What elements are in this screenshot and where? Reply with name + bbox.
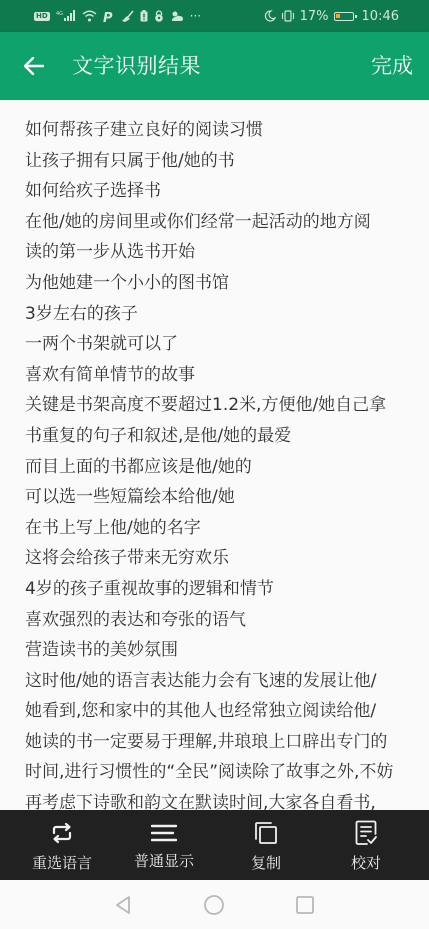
nav-back-button[interactable]: [112, 894, 134, 916]
ocr-result-area[interactable]: 如何帮孩子建立良好的阅读习惯 让孩子拥有只属于他/她的书 如何给疚子选择书 在他…: [0, 100, 429, 810]
text-line: 她看到,您和家中的其他人也经常独立阅读给他/: [25, 696, 410, 727]
copy-button[interactable]: 复制: [236, 810, 296, 880]
more-icon: ···: [190, 10, 201, 22]
text-line: 如何帮孩子建立良好的阅读习惯: [25, 115, 410, 146]
lines-icon: [151, 820, 177, 846]
text-line: 在书上写上他/她的名字: [25, 513, 410, 544]
bottom-toolbar: 重选语言 普通显示 复制: [0, 810, 429, 880]
proofread-icon: [353, 820, 379, 846]
text-line: 营造读书的美妙氛围: [25, 635, 410, 666]
repeat-icon: [49, 820, 75, 846]
recents-square-icon: [295, 895, 315, 915]
status-right-icons: 17% 10:46: [264, 0, 399, 32]
text-line: 在他/她的房间里或你们经常一起活动的地方阅: [25, 207, 410, 238]
4g-signal-icon: 4G: [56, 10, 76, 22]
parking-app-icon: P: [103, 10, 115, 23]
do-not-disturb-moon-icon: [264, 10, 276, 22]
battery-level: [336, 14, 340, 18]
home-circle-icon: [203, 894, 225, 916]
svg-text:4G: 4G: [56, 11, 63, 17]
hd-icon: HD: [34, 12, 50, 21]
text-line: 她读的书一定要易于理解,井琅琅上口辟出专门的: [25, 727, 410, 758]
arrow-left-icon: [24, 57, 44, 75]
lock-icon: [154, 10, 164, 22]
proofread-label: 校对: [351, 852, 381, 873]
text-line: 4岁的孩子重视故事的逻辑和情节: [25, 574, 410, 605]
page-title: 文字识别结果: [72, 32, 201, 100]
text-line: 为他她建一个小小的图书馆: [25, 268, 410, 299]
clock: 10:46: [362, 9, 399, 24]
text-line: 关键是书架高度不要超过1.2米,方便他/她自己拿: [25, 390, 410, 421]
text-line: 喜欢强烈的表达和夸张的语气: [25, 605, 410, 636]
nav-recents-button[interactable]: [294, 894, 316, 916]
text-line: 一两个书架就可以了: [25, 329, 410, 360]
text-line: 喜欢有简单情节的故事: [25, 360, 410, 391]
wifi-icon: [82, 10, 97, 22]
status-left-icons: HD 4G P: [34, 0, 201, 32]
text-line: 让孩子拥有只属于他/她的书: [25, 146, 410, 177]
battery-icon: [334, 12, 354, 21]
text-line: 时间,进行习惯性的“全民”阅读除了故事之外,不妨: [25, 757, 410, 788]
weather-icon: [170, 10, 184, 22]
text-line: 再考虑下诗歌和韵文在默读时间,大家各自看书,: [25, 788, 410, 810]
app-bar: 文字识别结果 完成: [0, 32, 429, 100]
text-line: 这将会给孩子带来无穷欢乐: [25, 543, 410, 574]
normal-display-label: 普通显示: [134, 850, 194, 871]
back-button[interactable]: [18, 50, 50, 82]
sweep-icon: [121, 10, 134, 22]
text-line: 3岁左右的孩子: [25, 299, 410, 330]
copy-icon: [253, 820, 279, 846]
copy-label: 复制: [251, 852, 281, 873]
text-line: 而目上面的书都应该是他/她的: [25, 452, 410, 483]
back-triangle-icon: [114, 895, 132, 915]
normal-display-button[interactable]: 普通显示: [124, 810, 204, 880]
status-bar: HD 4G P: [0, 0, 429, 32]
system-nav-bar: [0, 880, 429, 929]
battery-percent: 17%: [300, 9, 329, 24]
proofread-button[interactable]: 校对: [336, 810, 396, 880]
vibrate-icon: [281, 10, 295, 22]
text-line: 如何给疚子选择书: [25, 176, 410, 207]
battery-alert-icon: [140, 10, 148, 22]
screen: HD 4G P: [0, 0, 429, 929]
nav-home-button[interactable]: [203, 894, 225, 916]
reselect-language-button[interactable]: 重选语言: [24, 810, 100, 880]
reselect-language-label: 重选语言: [32, 852, 92, 873]
text-line: 书重复的句子和叙述,是他/她的最爱: [25, 421, 410, 452]
ocr-result-text[interactable]: 如何帮孩子建立良好的阅读习惯 让孩子拥有只属于他/她的书 如何给疚子选择书 在他…: [25, 115, 410, 810]
done-button[interactable]: 完成: [371, 32, 413, 100]
svg-text:P: P: [103, 11, 113, 23]
text-line: 这时他/她的语言表达能力会有飞速的发展让他/: [25, 666, 410, 697]
text-line: 可以选一些短篇绘本给他/她: [25, 482, 410, 513]
text-line: 读的第一步从选书开始: [25, 237, 410, 268]
